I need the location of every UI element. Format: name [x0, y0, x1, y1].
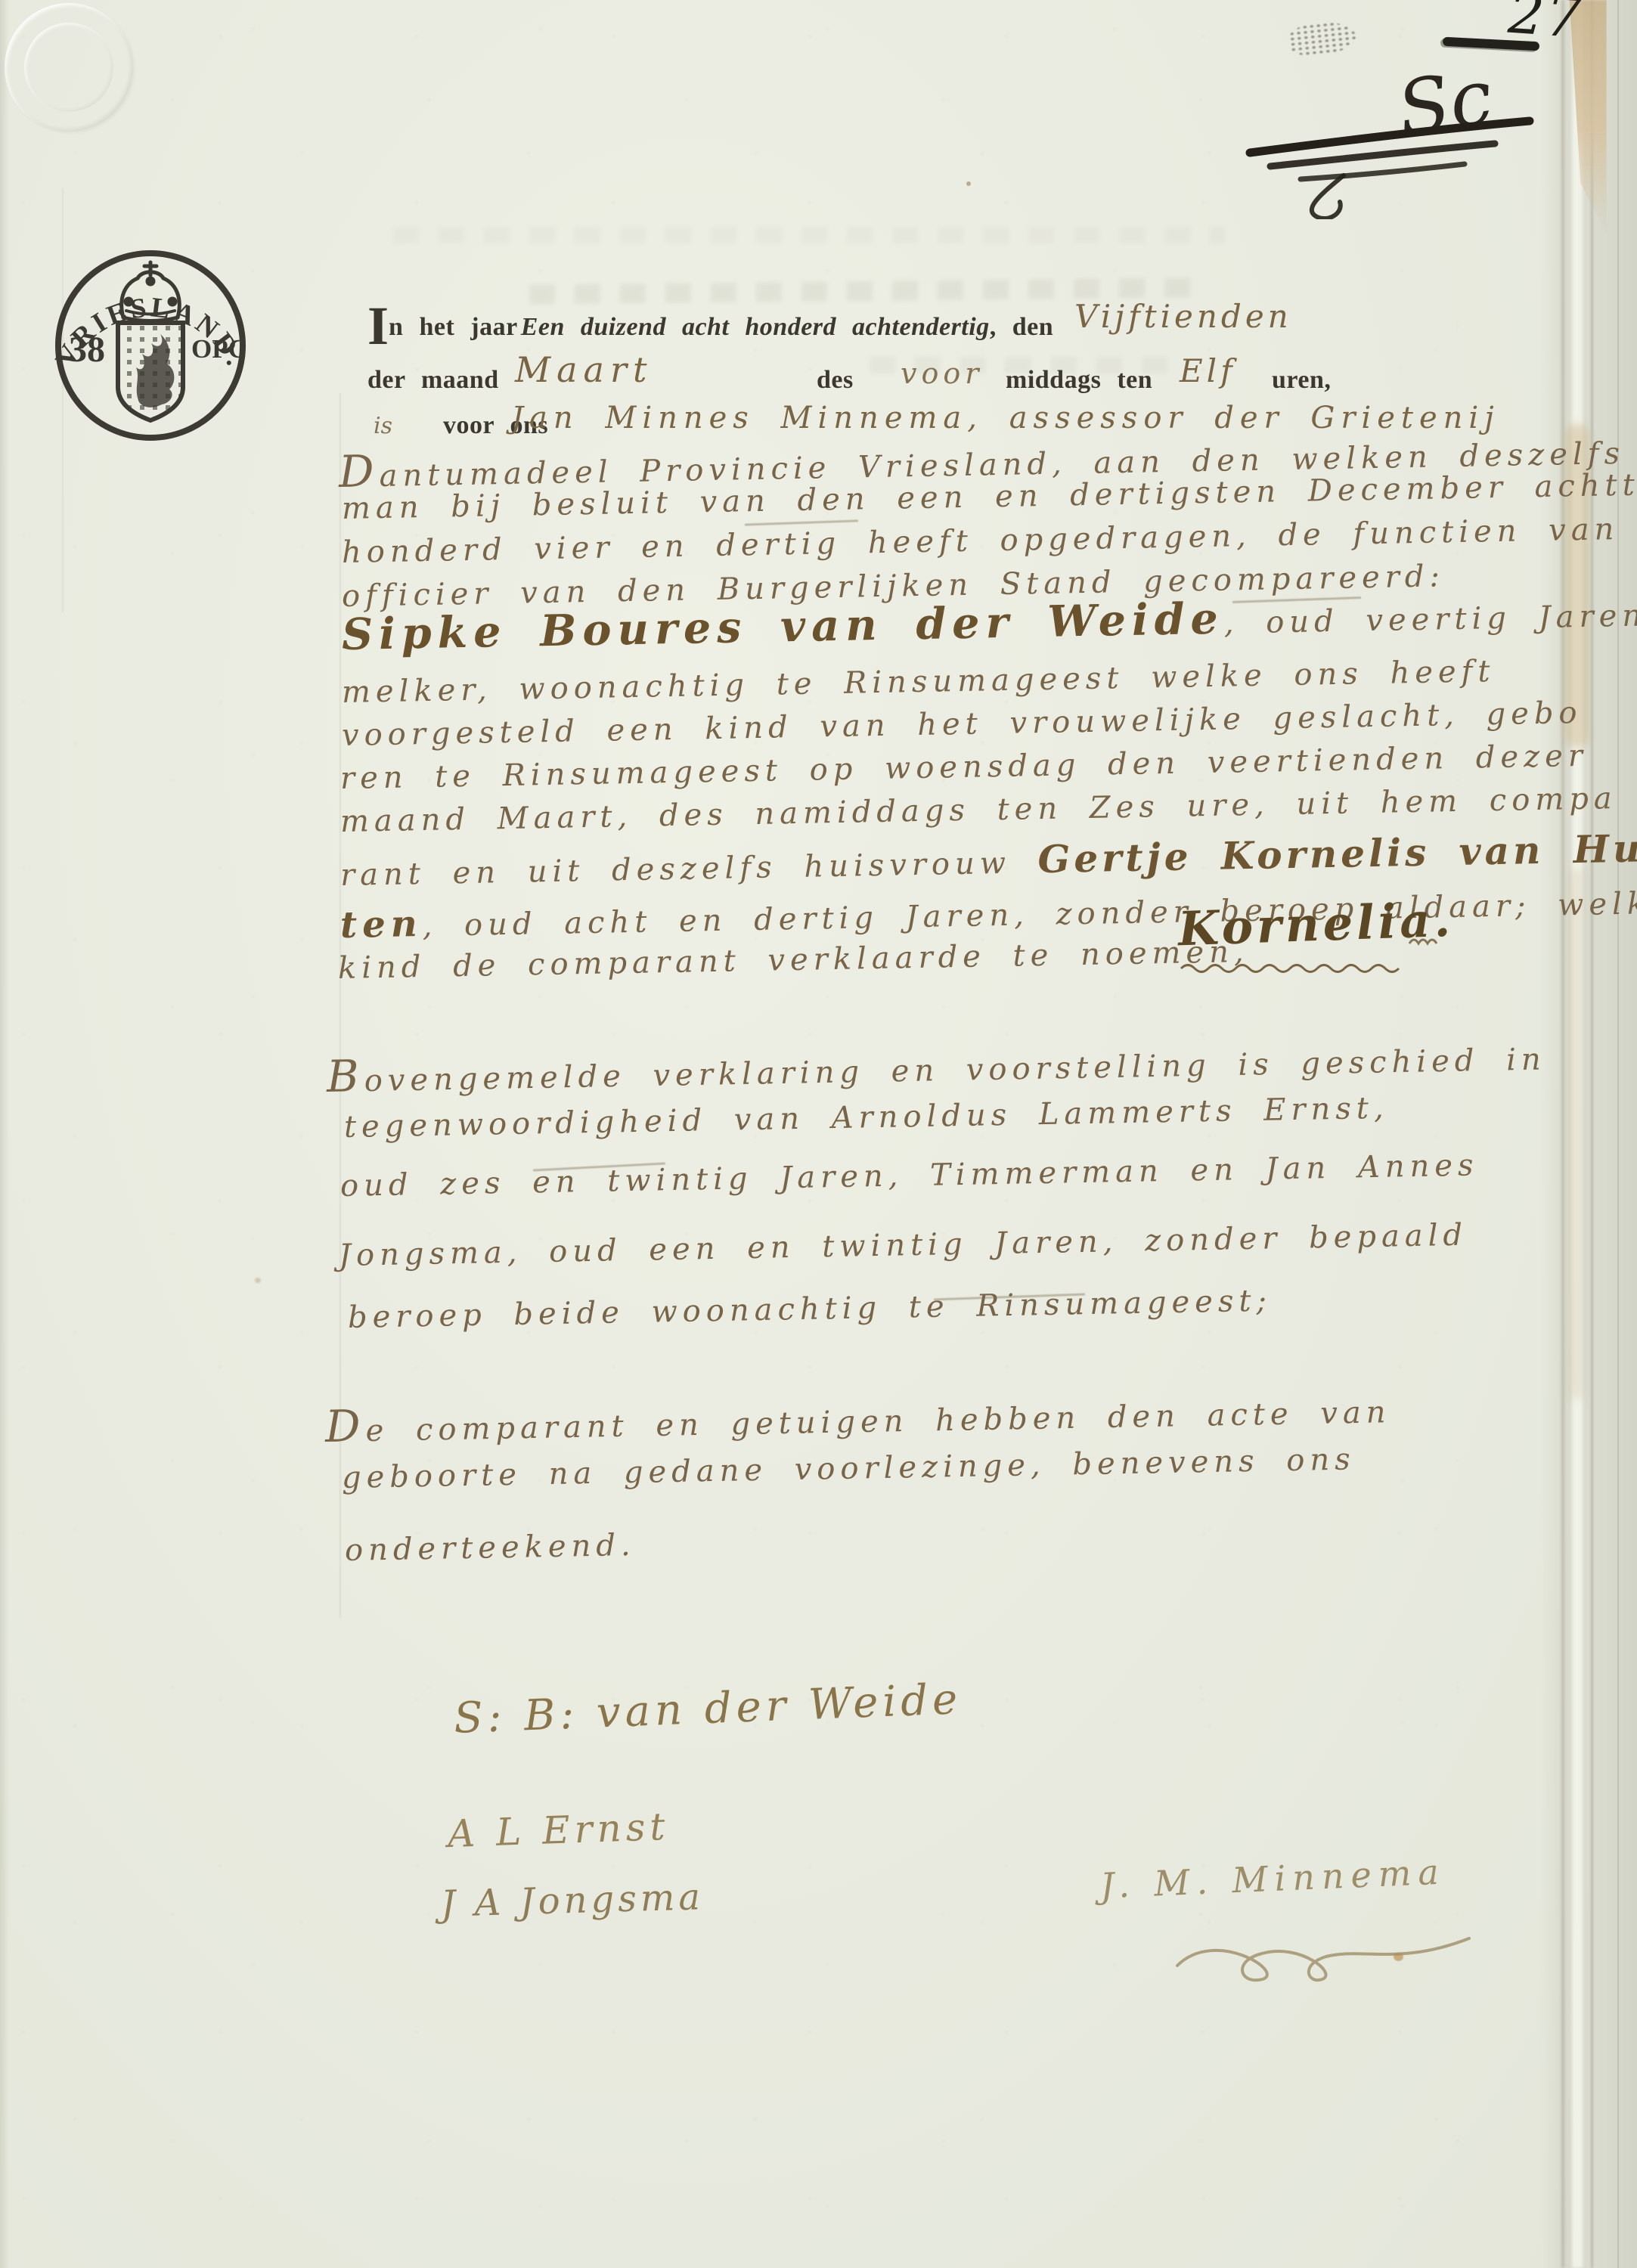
printed-text: des [817, 366, 854, 395]
written-hour: Elf [1180, 352, 1236, 389]
vriesland-revenue-stamp: VRIESLAND. 38 OPC [48, 244, 253, 447]
manuscript-line: De comparant en getuigen hebben den acte… [324, 1381, 1391, 1452]
paper-stain [966, 181, 971, 186]
ink-scribble: Sc [1229, 38, 1554, 219]
embossed-seal [5, 3, 133, 132]
signature-witness-2: J A Jongsma [440, 1876, 704, 1926]
printed-year-text: Een duizend acht honderd achtendertig [521, 313, 990, 341]
manuscript-line: beroep beide woonachtig te Rinsumageest; [348, 1284, 1273, 1335]
binding-tan-streak [1569, 869, 1584, 1399]
manuscript-line: onderteekend. [345, 1528, 636, 1568]
paper-stain [255, 1278, 261, 1283]
printed-text: , den [990, 313, 1053, 341]
printed-text: uren, [1272, 366, 1331, 395]
manuscript-line: Jongsma, oud een en twintig Jaren, zonde… [339, 1218, 1468, 1273]
page-edge-line [1591, 0, 1593, 2268]
drop-cap-initial: I [367, 296, 389, 356]
manuscript-text: , oud veertig Jaren, koe [1223, 596, 1637, 641]
form-line-year: In het jaar Een duizend acht honderd ach… [367, 305, 1292, 345]
signature-witness-1: A L Ernst [447, 1805, 670, 1856]
scribble-mark: Sc [1391, 52, 1498, 154]
binding-edge [1540, 0, 1637, 2268]
signature-official: J. M. Minnema [1099, 1851, 1446, 1906]
show-through-ghost [393, 227, 1225, 243]
written-is: is [374, 413, 392, 439]
manuscript-line: oud zes en twintig Jaren, Timmerman en J… [340, 1148, 1479, 1204]
written-day: Vijftienden [1074, 298, 1292, 335]
stamp-value-left: 38 [69, 330, 105, 370]
stamp-value-right: OPC [191, 334, 247, 364]
printed-text: der maand [367, 366, 499, 395]
stamp-crown-icon [122, 262, 180, 321]
left-paper-edge [0, 0, 9, 2268]
mother-name-continued: ten [339, 903, 423, 947]
child-name-wavy-underline [1180, 962, 1406, 975]
pen-mark [745, 519, 858, 525]
document-page: VRIESLAND. 38 OPC 27 Sc [0, 0, 1637, 2268]
signature-flourish [1168, 1919, 1486, 1991]
signature-comparant: S: B: van der Weide [453, 1675, 963, 1743]
printed-text: n het jaar [389, 313, 518, 341]
manuscript-text: rant en uit deszelfs huisvrouw [340, 845, 1038, 893]
written-daypart: voor [901, 357, 983, 390]
line-filler-mark [1408, 934, 1443, 950]
manuscript-line: geboorte na gedane voorlezinge, benevens… [342, 1442, 1356, 1495]
manuscript-text: , oud acht en dertig Jaren, zonder beroe… [422, 886, 1637, 943]
page-edge-line [1561, 0, 1564, 2268]
page-edge-line [1617, 0, 1619, 2268]
printed-text: middags ten [1006, 366, 1152, 395]
written-month: Maart [515, 349, 653, 390]
